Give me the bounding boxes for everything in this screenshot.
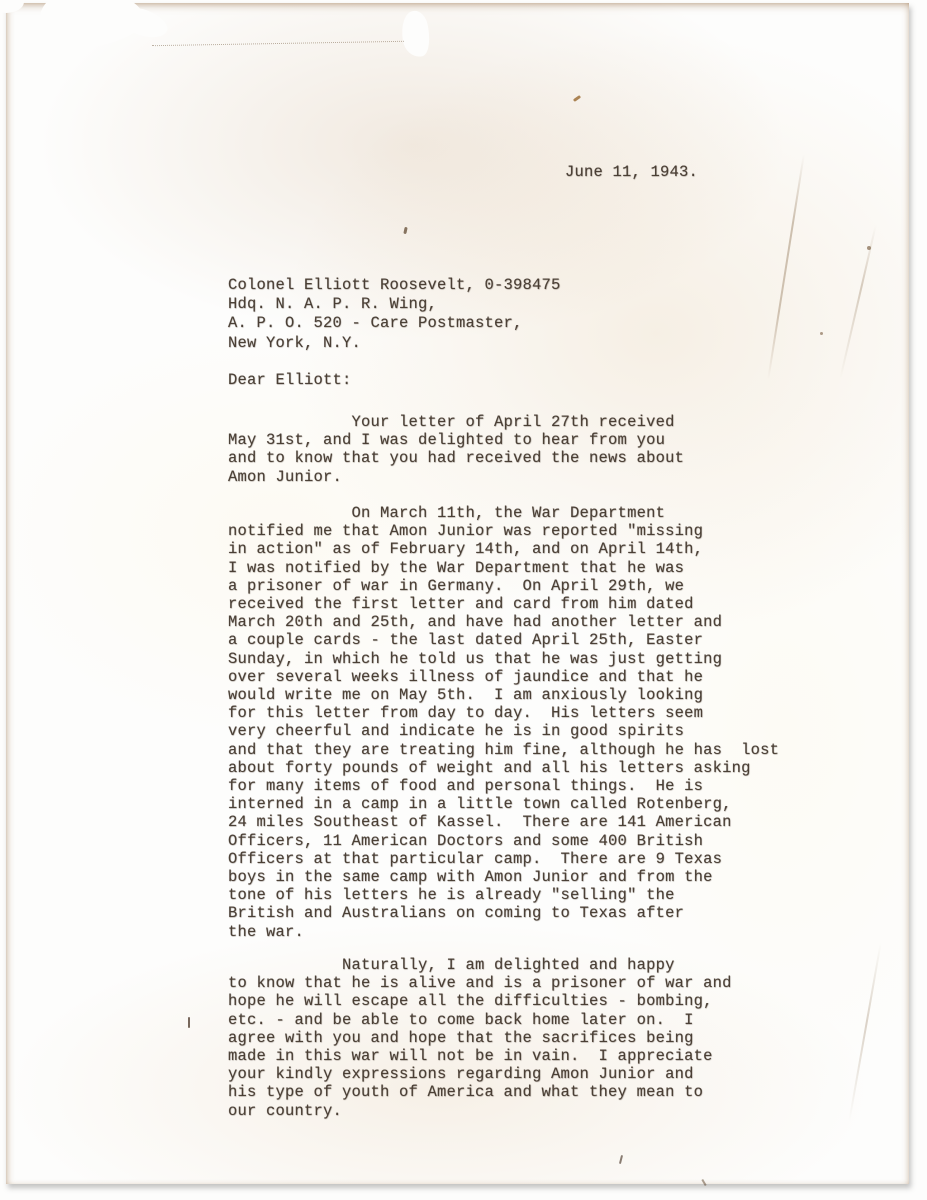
stain-speck [619,1155,623,1164]
scan-background: June 11, 1943. Colonel Elliott Roosevelt… [0,0,927,1200]
salutation: Dear Elliott: [228,371,352,389]
stain-speck [188,1017,190,1028]
scratch-line [152,41,404,46]
stain-speck [573,95,581,102]
stain-speck [867,246,871,250]
stain-speck [701,1179,706,1186]
paper-crease [839,225,876,379]
letter-page: June 11, 1943. Colonel Elliott Roosevelt… [6,3,909,1184]
paragraph-2: On March 11th, the War Department notifi… [228,504,779,941]
paragraph-3: Naturally, I am delighted and happy to k… [228,956,732,1120]
date-line: June 11, 1943. [565,163,698,181]
stain-speck [820,332,823,335]
address-block: Colonel Elliott Roosevelt, 0-398475 Hdq.… [228,276,561,353]
paper-crease [767,154,805,380]
stain-speck [403,227,407,234]
paragraph-1: Your letter of April 27th received May 3… [228,413,684,486]
paper-crease [848,942,882,1122]
paper-tear-corner [0,0,24,13]
paper-tear-top-center [399,9,433,59]
